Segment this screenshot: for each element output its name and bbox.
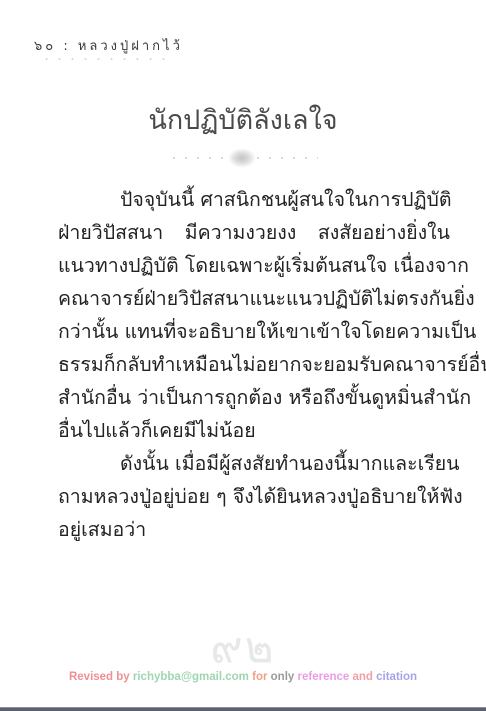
watermark: Revised by richybba@gmail.com for only r… (0, 671, 486, 683)
starburst-icon (228, 148, 256, 168)
body-line: กว่านั้น แทนที่จะอธิบายให้เขาเข้าใจโดยคว… (58, 315, 450, 348)
watermark-part: citation (376, 671, 417, 683)
chapter-title: นักปฏิบัติลังเลใจ (0, 98, 486, 141)
watermark-email: richybba@gmail.com (133, 671, 249, 683)
body-text: ปัจจุบันนี้ ศาสนิกชนผู้สนใจในการปฏิบัติ … (58, 183, 450, 546)
body-line: คณาจารย์ฝ่ายวิปัสสนาแนะแนวปฏิบัติไม่ตรงก… (58, 282, 450, 315)
running-header: ๖๐ : หลวงปู่ฝากไว้ (34, 35, 183, 56)
body-line: ปัจจุบันนี้ ศาสนิกชนผู้สนใจในการปฏิบัติ (58, 183, 450, 216)
watermark-part: for (249, 671, 271, 683)
body-line: อื่นไปแล้วก็เคยมีไม่น้อย (58, 414, 450, 447)
bottom-edge-bar (0, 707, 486, 711)
body-line: ดังนั้น เมื่อมีผู้สงสัยทำนองนี้มากและเรี… (58, 447, 450, 480)
watermark-part: and (352, 671, 376, 683)
body-line: สำนักอื่น ว่าเป็นการถูกต้อง หรือถึงขั้นด… (58, 381, 450, 414)
body-line: ธรรมก็กลับทำเหมือนไม่อยากจะยอมรับคณาจารย… (58, 348, 450, 381)
body-line: ฝ่ายวิปัสสนา มีความงวยงง สงสัยอย่างยิ่งใ… (58, 216, 450, 249)
watermark-part: Revised by (69, 671, 133, 683)
body-line: แนวทางปฏิบัติ โดยเฉพาะผู้เริ่มต้นสนใจ เน… (58, 249, 450, 282)
book-page: ๖๐ : หลวงปู่ฝากไว้ นักปฏิบัติลังเลใจ ปัจ… (0, 0, 486, 707)
body-line: ถามหลวงปู่อยู่บ่อย ๆ จึงได้ยินหลวงปู่อธิ… (58, 480, 450, 513)
watermark-part: only (271, 671, 298, 683)
watermark-part: reference (298, 671, 353, 683)
title-ornament (168, 148, 318, 168)
header-dotted-rule (40, 58, 170, 60)
body-line: อยู่เสมอว่า (58, 513, 450, 546)
